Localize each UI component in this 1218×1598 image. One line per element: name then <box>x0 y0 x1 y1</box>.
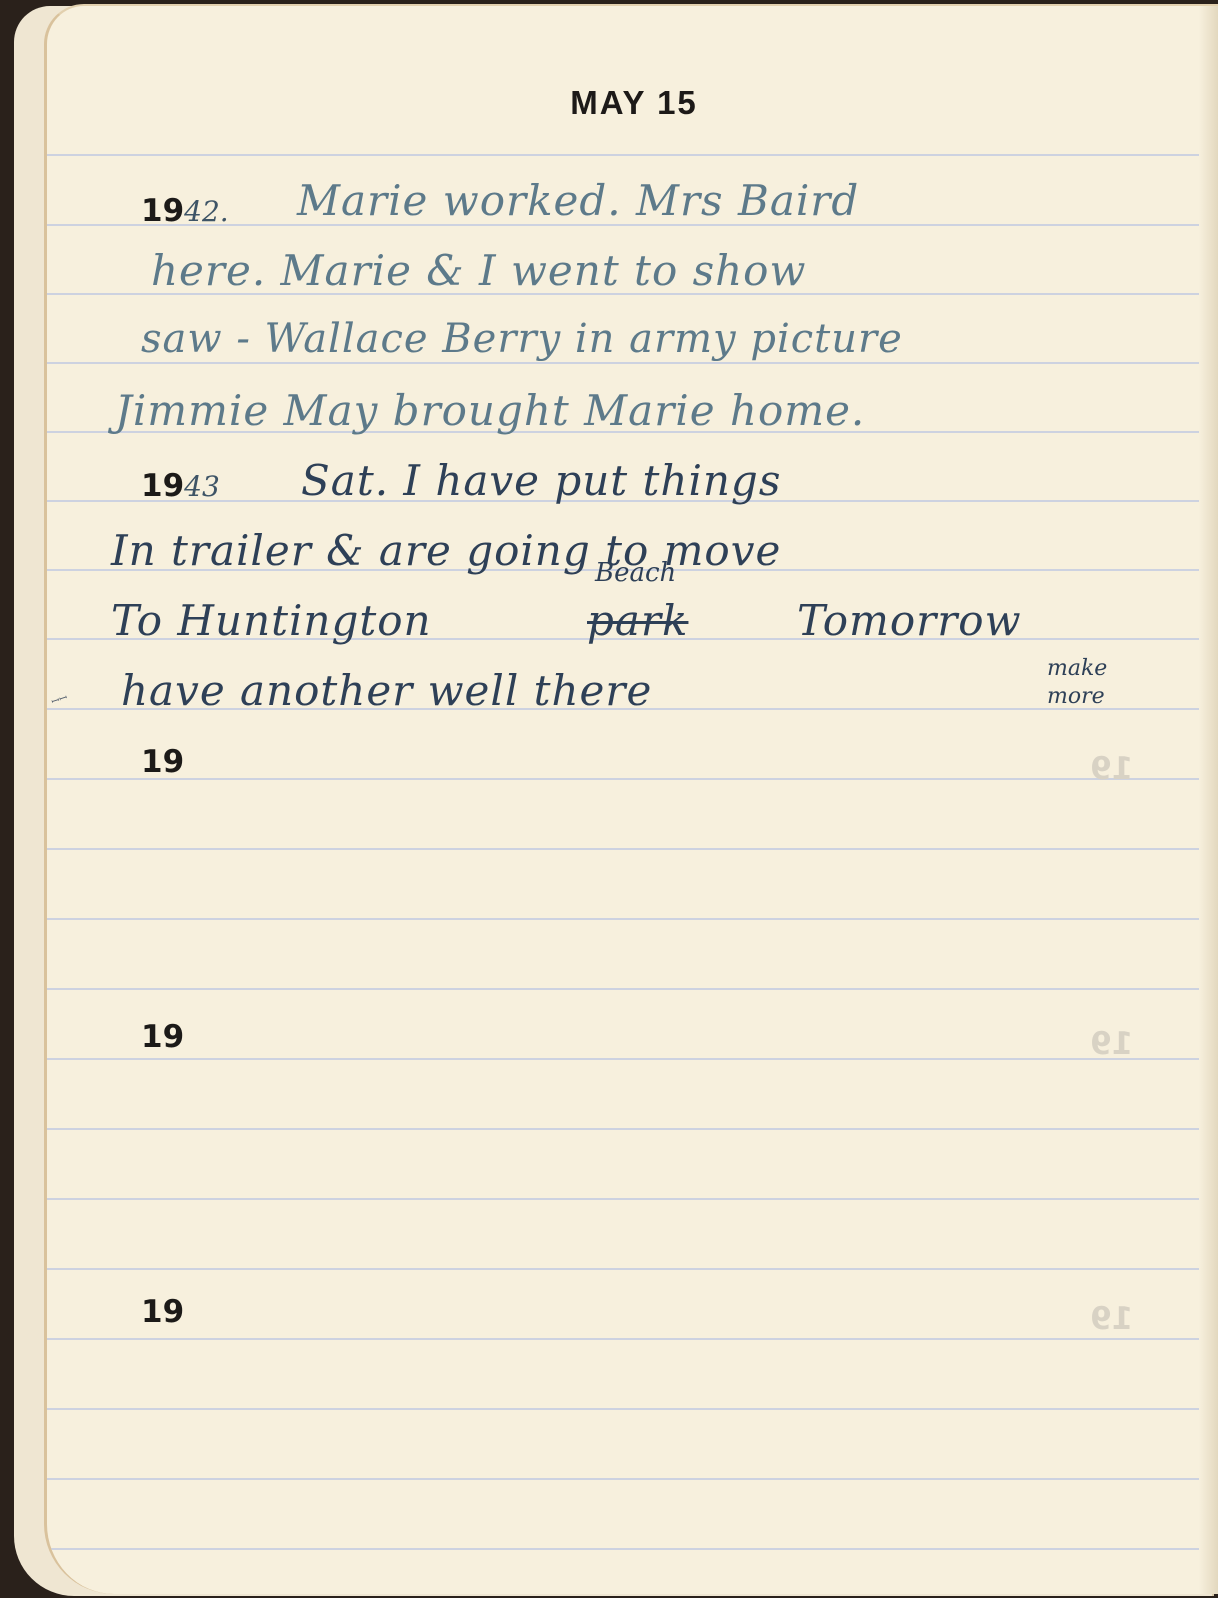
ruled-line <box>47 1338 1199 1340</box>
ruled-line <box>47 1058 1199 1060</box>
show-through-year: 19 <box>1090 1026 1133 1062</box>
ruled-line <box>47 1548 1199 1550</box>
diary-page: MAY 15 1942. Marie worked. Mrs Baird her… <box>44 4 1218 1594</box>
entry-1942-line-2: here. Marie & I went to show <box>151 246 806 295</box>
entry-1943-line-4: have another well there <box>121 666 652 715</box>
entry-1943-line-3b: Tomorrow <box>797 596 1022 645</box>
year-label-blank-2: 19 <box>141 1019 184 1055</box>
entry-1942-line-3: saw - Wallace Berry in army picture <box>141 316 903 362</box>
year-prefix: 19 <box>141 744 184 780</box>
struck-out-word: park <box>587 596 688 645</box>
ruled-line <box>47 778 1199 780</box>
year-suffix: 43 <box>184 470 220 503</box>
show-through-year: 19 <box>1090 751 1133 787</box>
year-label-blank-1: 19 <box>141 744 184 780</box>
year-prefix: 19 <box>141 193 184 229</box>
ruled-line <box>47 848 1199 850</box>
page-date-header: MAY 15 <box>47 84 1218 122</box>
year-prefix: 19 <box>141 1019 184 1055</box>
ruled-line <box>47 988 1199 990</box>
margin-note-bottom: more <box>1047 684 1105 709</box>
ruled-line <box>47 1198 1199 1200</box>
entry-1943-line-1: Sat. I have put things <box>301 456 781 505</box>
show-through-year: 19 <box>1090 1301 1133 1337</box>
entry-1943-line-2: In trailer & are going to move <box>111 526 781 575</box>
year-label-blank-3: 19 <box>141 1294 184 1330</box>
entry-1943-line-3a: To Huntington <box>111 596 432 645</box>
entry-1942-line-1: Marie worked. Mrs Baird <box>297 176 859 225</box>
ruled-line <box>47 1408 1199 1410</box>
year-prefix: 19 <box>141 468 184 504</box>
year-prefix: 19 <box>141 1294 184 1330</box>
ruled-line <box>47 918 1199 920</box>
ruled-line <box>47 362 1199 364</box>
stamp-mark: ꟷꟷ <box>49 690 69 708</box>
entry-1942-line-4: Jimmie May brought Marie home. <box>115 386 865 435</box>
inserted-word: Beach <box>595 558 676 588</box>
year-label-1943: 1943 <box>141 468 220 504</box>
ruled-line <box>47 154 1199 156</box>
year-label-1942: 1942. <box>141 193 229 229</box>
ruled-line <box>47 1478 1199 1480</box>
year-suffix: 42. <box>184 195 229 228</box>
ruled-line <box>47 1268 1199 1270</box>
ruled-line <box>47 1128 1199 1130</box>
margin-note-top: make <box>1047 656 1107 681</box>
